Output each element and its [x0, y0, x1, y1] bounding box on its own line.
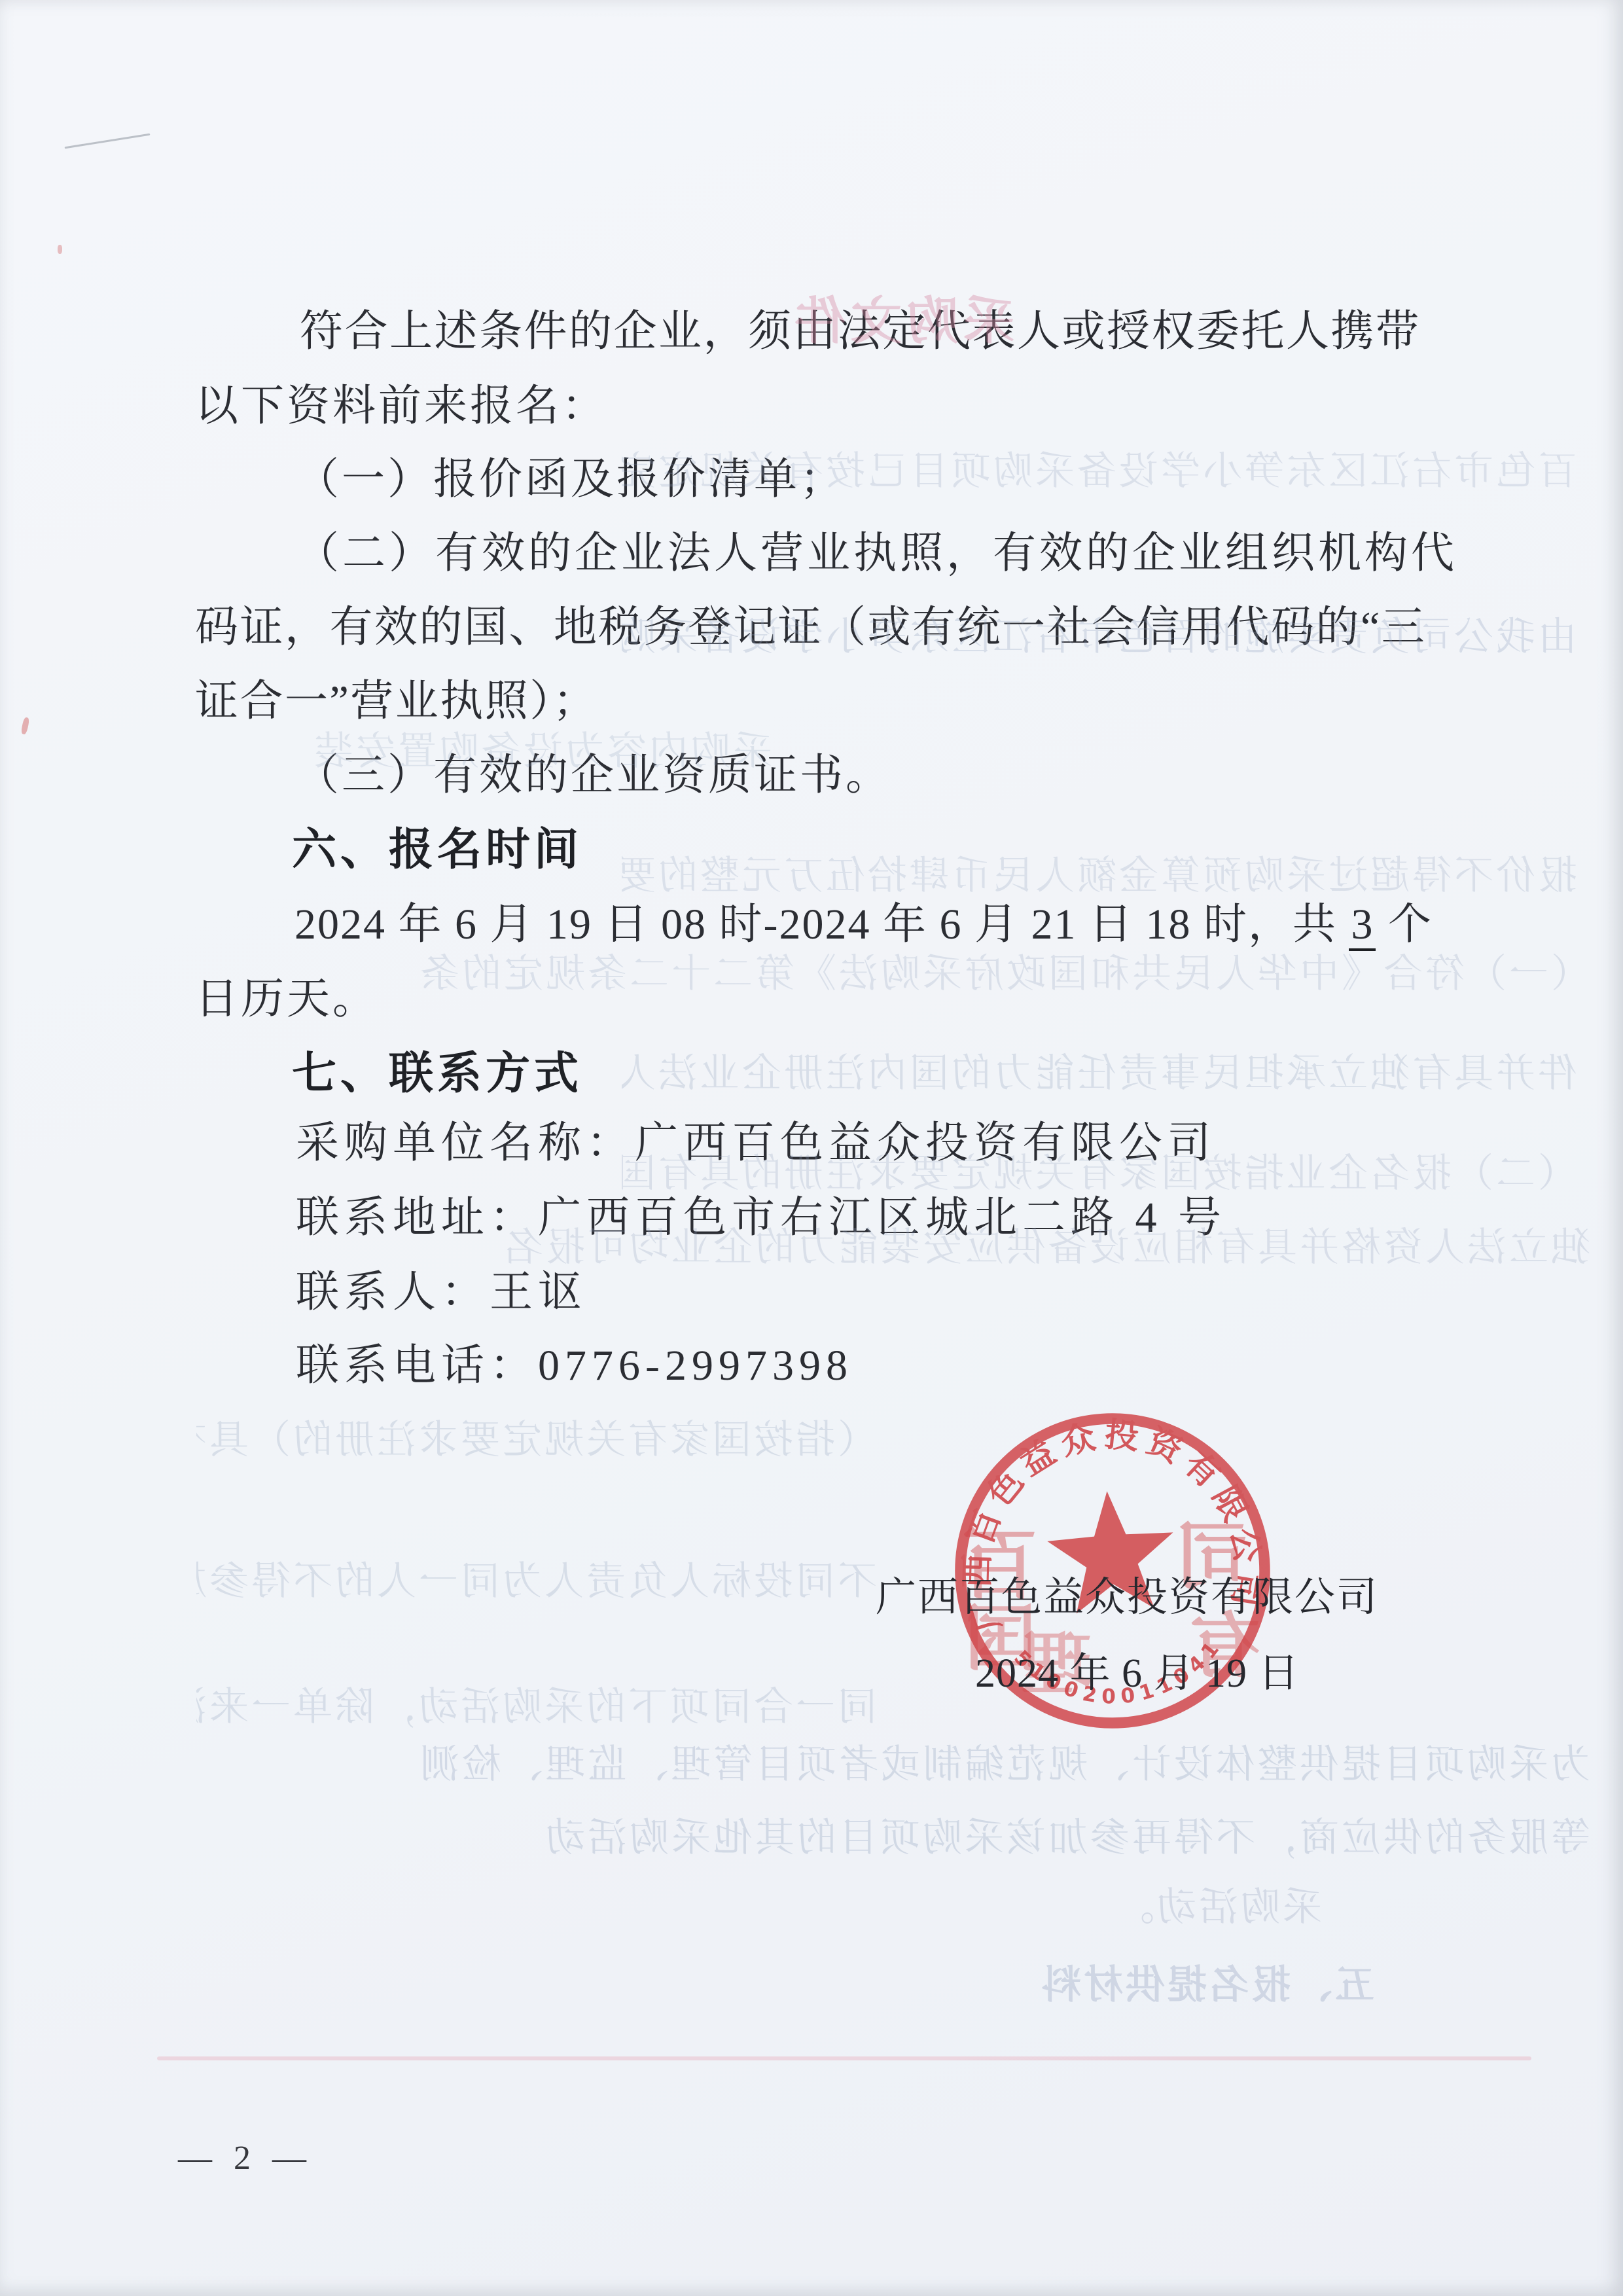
pencil-scratch-mark [65, 134, 151, 149]
list-item-2-line1: （二）有效的企业法人营业执照，有效的企业组织机构代 [296, 527, 1457, 581]
red-ink-speck [58, 245, 62, 254]
page-number: — 2 — [178, 2139, 313, 2178]
bleedthrough-line: 为采购项目提供整体设计、规范编制或者项目管理、监理、检测 [196, 1733, 1590, 1789]
bleedthrough-line: 百色市右江区东笋小学设备采购项目已按有关规定完成报备审批 [622, 440, 1577, 496]
paragraph-line: 以下资料前来报名： [195, 380, 607, 434]
bleedthrough-line: （一）符合《中华人民共和国政府采购法》第二十二条规定的条 [196, 942, 1590, 999]
bleedthrough-line: 独立法人资格并具有相应设备供应安装能力的企业均可报名 [196, 1216, 1590, 1272]
bleedthrough-line: 采购内容为设备购置安装 [196, 720, 772, 776]
bleedthrough-title: 采购文件 [792, 280, 1014, 353]
bleedthrough-line: 不同投标人负责人为同一人的不得参加 [196, 1550, 877, 1606]
signature-company: 广西百色益众投资有限公司 [876, 1564, 1378, 1623]
scan-streak [157, 2056, 1531, 2060]
bleedthrough-line: 报价不得超过采购预算金额人民币肆拾伍万元整的要求 [622, 844, 1577, 901]
bleedthrough-line: 等服务的供应商，不得再参加该采购项目的其他采购活动 [196, 1806, 1590, 1863]
bleedthrough-line: 采购活动。 [1086, 1876, 1322, 1932]
registration-time-text: 2024 年 6 月 19 日 08 时-2024 年 6 月 21 日 18 … [294, 901, 1349, 948]
section-6-heading: 六、报名时间 [292, 822, 582, 878]
bleedthrough-line: （二）报名企业指按国家有关规定要求注册的具有国内 [622, 1142, 1577, 1198]
red-ink-speck [20, 717, 29, 734]
bleedthrough-line: 由我公司负责实施的百色市右江区东笋小学设备采购项目现需要 [622, 605, 1577, 662]
bleedthrough-line: 件并具有独立承担民事责任能力的国内注册企业法人 [622, 1042, 1577, 1098]
section-7-heading: 七、联系方式 [292, 1046, 582, 1102]
contact-person: 联系人：王讴 [296, 1266, 586, 1320]
scanned-document-page: 采购文件 百色市右江区东笋小学设备采购项目已按有关规定完成报备审批 由我公司负责… [0, 0, 1623, 2296]
signature-date: 2024 年 6 月 19 日 [975, 1640, 1300, 1698]
registration-time-unit: 个 [1376, 901, 1433, 948]
contact-phone: 联系电话：0776-2997398 [296, 1339, 853, 1393]
bleedthrough-line: 同一合同项下的采购活动，除单一来源采购项目外 [196, 1676, 877, 1732]
bleedthrough-line: 五、报名提供材料 [969, 1954, 1374, 2010]
bleedthrough-line: （指按国家有关规定要求注册的）具有国内 [196, 1408, 877, 1465]
